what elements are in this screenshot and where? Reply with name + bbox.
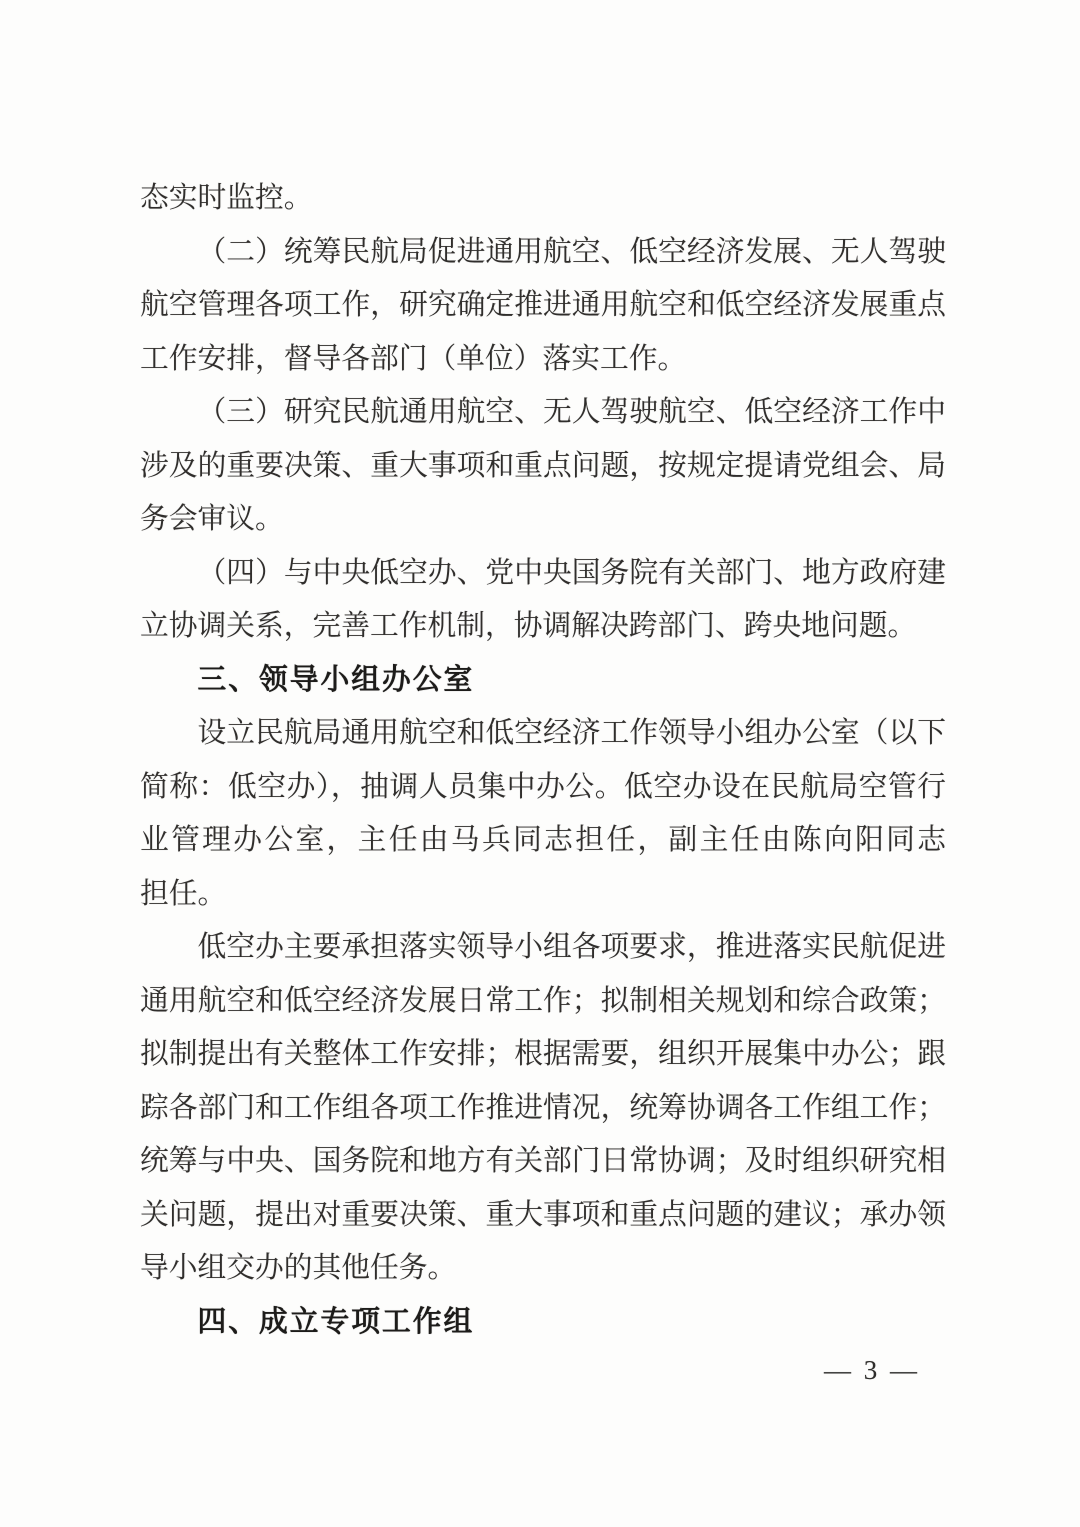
document-page: 态实时监控。（二）统筹民航局促进通用航空、低空经济发展、无人驾驶航空管理各项工作… xyxy=(0,0,1080,1527)
text-line: 简称：低空办），抽调人员集中办公。低空办设在民航局空管行 xyxy=(140,761,946,815)
text-line: （二）统筹民航局促进通用航空、低空经济发展、无人驾驶 xyxy=(140,226,946,280)
text-line: 三、领导小组办公室 xyxy=(140,654,946,708)
body-paragraph: 设立民航局通用航空和低空经济工作领导小组办公室（以下简称：低空办），抽调人员集中… xyxy=(140,707,946,921)
text-line: 工作安排，督导各部门（单位）落实工作。 xyxy=(140,333,946,387)
text-line: 踪各部门和工作组各项工作推进情况，统筹协调各工作组工作； xyxy=(140,1082,946,1136)
text-line: 设立民航局通用航空和低空经济工作领导小组办公室（以下 xyxy=(140,707,946,761)
body-paragraph: （四）与中央低空办、党中央国务院有关部门、地方政府建立协调关系，完善工作机制，协… xyxy=(140,547,946,654)
text-line: （四）与中央低空办、党中央国务院有关部门、地方政府建 xyxy=(140,547,946,601)
text-line: 务会审议。 xyxy=(140,493,946,547)
text-line: 关问题，提出对重要决策、重大事项和重点问题的建议；承办领 xyxy=(140,1189,946,1243)
text-line: 担任。 xyxy=(140,868,946,922)
document-body: 态实时监控。（二）统筹民航局促进通用航空、低空经济发展、无人驾驶航空管理各项工作… xyxy=(140,172,946,1349)
body-paragraph: 低空办主要承担落实领导小组各项要求，推进落实民航促进通用航空和低空经济发展日常工… xyxy=(140,921,946,1296)
text-line: 态实时监控。 xyxy=(140,172,946,226)
page-number: — 3 — xyxy=(824,1350,920,1390)
text-line: 业管理办公室，主任由马兵同志担任，副主任由陈向阳同志 xyxy=(140,814,946,868)
text-line: 涉及的重要决策、重大事项和重点问题，按规定提请党组会、局 xyxy=(140,440,946,494)
text-line: 四、成立专项工作组 xyxy=(140,1296,946,1350)
text-line: 拟制提出有关整体工作安排；根据需要，组织开展集中办公；跟 xyxy=(140,1028,946,1082)
text-line: 通用航空和低空经济发展日常工作；拟制相关规划和综合政策； xyxy=(140,975,946,1029)
text-line: （三）研究民航通用航空、无人驾驶航空、低空经济工作中 xyxy=(140,386,946,440)
text-line: 立协调关系，完善工作机制，协调解决跨部门、跨央地问题。 xyxy=(140,600,946,654)
body-paragraph: （二）统筹民航局促进通用航空、低空经济发展、无人驾驶航空管理各项工作，研究确定推… xyxy=(140,226,946,387)
text-line: 统筹与中央、国务院和地方有关部门日常协调；及时组织研究相 xyxy=(140,1135,946,1189)
text-line: 航空管理各项工作，研究确定推进通用航空和低空经济发展重点 xyxy=(140,279,946,333)
text-line: 导小组交办的其他任务。 xyxy=(140,1242,946,1296)
section-heading: 三、领导小组办公室 xyxy=(140,654,946,708)
body-paragraph: 态实时监控。 xyxy=(140,172,946,226)
section-heading: 四、成立专项工作组 xyxy=(140,1296,946,1350)
body-paragraph: （三）研究民航通用航空、无人驾驶航空、低空经济工作中涉及的重要决策、重大事项和重… xyxy=(140,386,946,547)
text-line: 低空办主要承担落实领导小组各项要求，推进落实民航促进 xyxy=(140,921,946,975)
